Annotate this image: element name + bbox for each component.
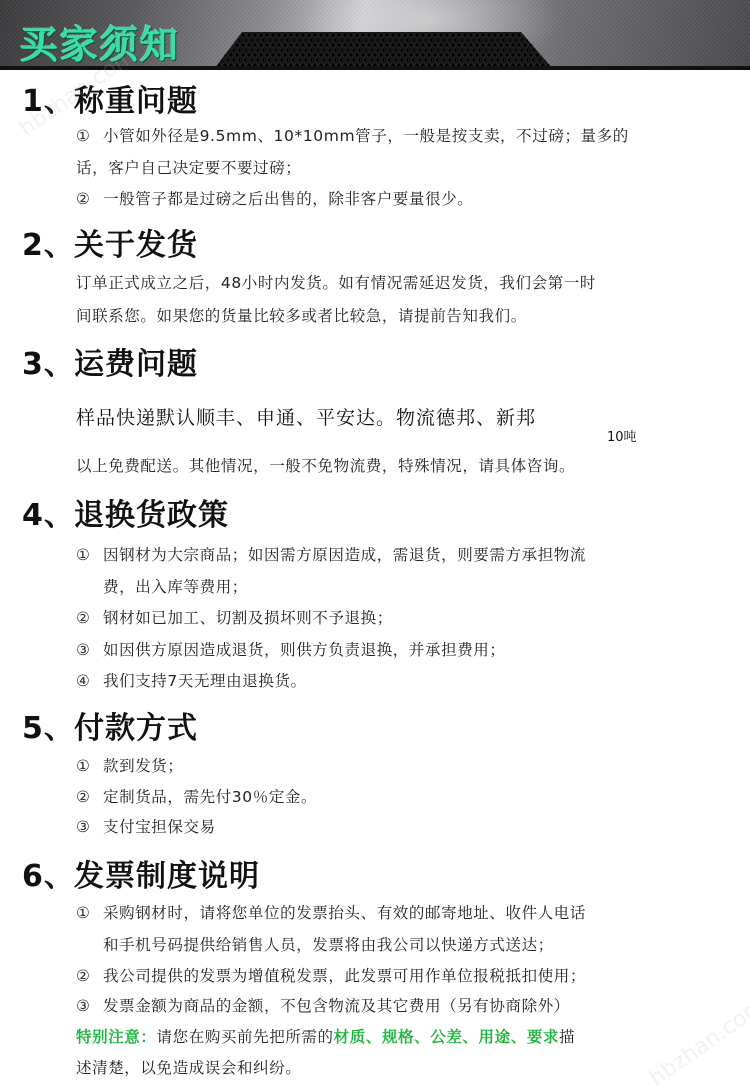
watermark: hbzhan.com	[645, 994, 750, 1086]
list-item: ①因钢材为大宗商品；如因需方原因造成，需退货，则要需方承担物流	[76, 543, 586, 565]
circled-number-2: ②	[76, 190, 103, 208]
section-heading-invoice: 6、发票制度说明	[22, 851, 260, 895]
circled-number-1: ①	[76, 904, 103, 922]
list-item: ①款到发货；	[76, 754, 184, 776]
special-note-label: 特别注意：	[76, 1028, 157, 1046]
special-note-highlight: 材质、规格、公差、用途、要求	[334, 1028, 559, 1046]
list-item-continuation: 费，出入库等费用；	[103, 575, 248, 597]
list-item: ③支付宝担保交易	[76, 815, 216, 837]
section-title: 发票制度说明	[74, 859, 260, 894]
list-item: ①采购钢材时，请将您单位的发票抬头、有效的邮寄地址、收件人电话	[76, 901, 586, 923]
list-item-continuation: 话，客户自己决定要不要过磅；	[76, 156, 301, 178]
section-title: 退换货政策	[74, 498, 229, 533]
circled-number-1: ①	[76, 546, 103, 564]
weight-threshold-label: 10吨	[607, 426, 637, 445]
header-banner: 买家须知	[0, 0, 750, 70]
circled-number-2: ②	[76, 609, 103, 627]
paragraph-line-large: 样品快递默认顺丰、申通、平安达。物流德邦、新邦	[76, 403, 536, 430]
special-note-continuation: 述清楚，以免造成误会和纠纷。	[76, 1056, 301, 1078]
circled-number-1: ①	[76, 127, 103, 145]
circled-number-3: ③	[76, 997, 103, 1015]
special-note: 特别注意：请您在购买前先把所需的材质、规格、公差、用途、要求描	[76, 1025, 575, 1047]
list-item-continuation: 和手机号码提供给销售人员，发票将由我公司以快递方式送达；	[103, 933, 554, 955]
list-item: ③发票金额为商品的金额，不包含物流及其它费用（另有协商除外）	[76, 994, 570, 1016]
section-title: 付款方式	[74, 711, 198, 746]
list-item: ④我们支持7天无理由退换货。	[76, 669, 307, 691]
section-number: 1、	[22, 76, 74, 120]
section-heading-returns: 4、退换货政策	[22, 490, 229, 534]
section-heading-weighing: 1、称重问题	[22, 76, 198, 120]
section-title: 称重问题	[74, 84, 198, 119]
circled-number-2: ②	[76, 788, 103, 806]
circled-number-3: ③	[76, 818, 103, 836]
section-title: 关于发货	[74, 228, 198, 263]
section-title: 运费问题	[74, 347, 198, 382]
list-item: ②定制货品，需先付30％定金。	[76, 785, 317, 807]
paragraph-line: 间联系您。如果您的货量比较多或者比较急，请提前告知我们。	[76, 304, 527, 326]
paragraph-line: 以上免费配送。其他情况，一般不免物流费，特殊情况，请具体咨询。	[76, 454, 575, 476]
circled-number-4: ④	[76, 672, 103, 690]
list-item: ①小管如外径是9.5mm、10*10mm管子，一般是按支卖，不过磅；量多的	[76, 124, 629, 146]
section-heading-freight: 3、运费问题	[22, 339, 198, 383]
page-title: 买家须知	[20, 14, 180, 69]
circled-number-1: ①	[76, 757, 103, 775]
list-item: ③如因供方原因造成退货，则供方负责退换，并承担费用；	[76, 638, 506, 660]
paragraph-line: 订单正式成立之后，48小时内发货。如有情况需延迟发货，我们会第一时	[76, 271, 596, 293]
section-heading-payment: 5、付款方式	[22, 703, 198, 747]
section-heading-shipping: 2、关于发货	[22, 220, 198, 264]
circled-number-2: ②	[76, 967, 103, 985]
list-item: ②钢材如已加工、切割及损坏则不予退换；	[76, 606, 393, 628]
list-item: ②我公司提供的发票为增值税发票，此发票可用作单位报税抵扣使用；	[76, 964, 586, 986]
circled-number-3: ③	[76, 641, 103, 659]
list-item: ②一般管子都是过磅之后出售的，除非客户要量很少。	[76, 187, 473, 209]
